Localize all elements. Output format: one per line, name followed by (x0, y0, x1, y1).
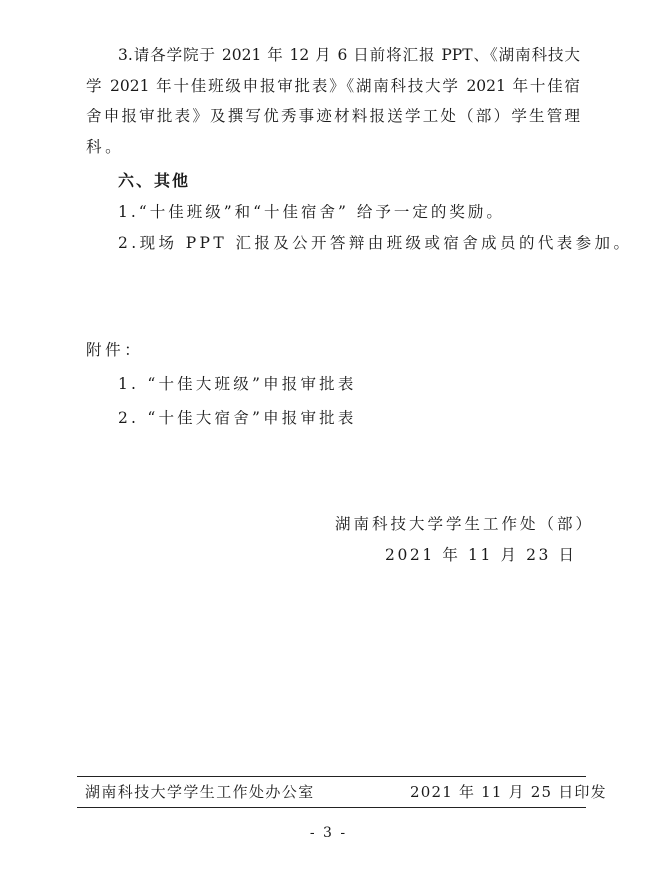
attachments-label: 附件： (86, 340, 143, 360)
footer-print-date: 2021 年 11 月 25 日印发 (410, 782, 607, 802)
section6-item-1: 1.“十佳班级”和“十佳宿舍” 给予一定的奖励。 (118, 202, 505, 222)
signature-date: 2021 年 11 月 23 日 (385, 545, 577, 565)
footer-issuer: 湖南科技大学学生工作处办公室 (85, 782, 315, 802)
item3-line-3: 舍申报审批表》及撰写优秀事迹材料报送学工处（部）学生管理 (86, 106, 580, 126)
footer-top-rule (77, 776, 586, 777)
attachment-item-1: 1. “十佳大班级”申报审批表 (118, 374, 357, 394)
signature-organization: 湖南科技大学学生工作处（部） (335, 514, 594, 534)
item3-line-1: 3.请各学院于 2021 年 12 月 6 日前将汇报 PPT、《湖南科技大 (118, 45, 580, 65)
item3-line-2: 学 2021 年十佳班级申报审批表》《湖南科技大学 2021 年十佳宿 (86, 76, 580, 96)
footer-bottom-rule (77, 807, 586, 808)
document-page: 3.请各学院于 2021 年 12 月 6 日前将汇报 PPT、《湖南科技大 学… (0, 0, 657, 885)
attachment-item-2: 2. “十佳大宿舍”申报审批表 (118, 408, 357, 428)
section-heading-other: 六、其他 (118, 171, 190, 191)
page-number: - 3 - (0, 823, 657, 843)
section6-item-2: 2.现场 PPT 汇报及公开答辩由班级或宿舍成员的代表参加。 (118, 233, 632, 253)
item3-line-4: 科。 (86, 137, 124, 157)
